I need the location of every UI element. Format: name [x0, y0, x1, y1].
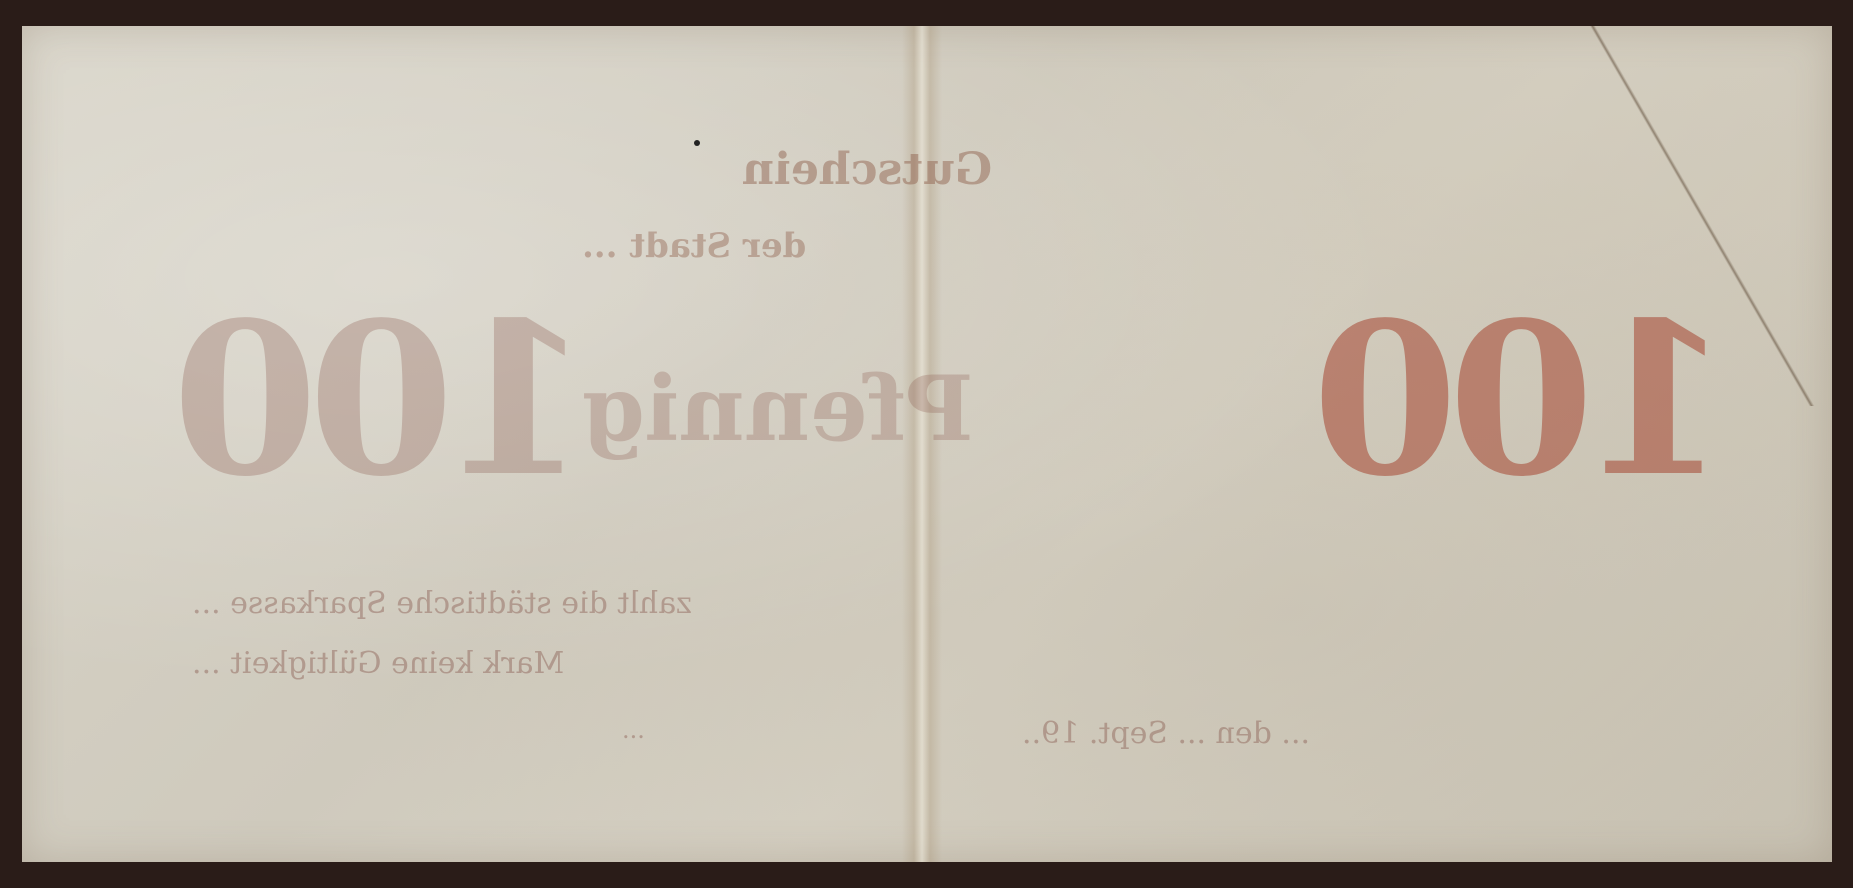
banknote: Gutschein der Stadt ... 100 100 Pfennig … [22, 26, 1832, 862]
ink-spot [694, 140, 700, 146]
bleed-body-line-2: Mark keine Gültigkeit ... [192, 646, 564, 681]
bleed-denomination-right: 100 [1322, 276, 1730, 523]
bleed-title-2: der Stadt ... [582, 226, 806, 266]
bleed-signature: ... [622, 716, 645, 744]
bleed-denomination-word: Pfennig [582, 356, 974, 462]
bleed-body-line-1: zahlt die städtische Sparkasse ... [192, 586, 692, 621]
bleed-title-1: Gutschein [742, 144, 992, 195]
bleed-date-line: ... den ... Sept. 19.. [1022, 716, 1310, 751]
bleed-denomination-left: 100 [182, 276, 590, 523]
